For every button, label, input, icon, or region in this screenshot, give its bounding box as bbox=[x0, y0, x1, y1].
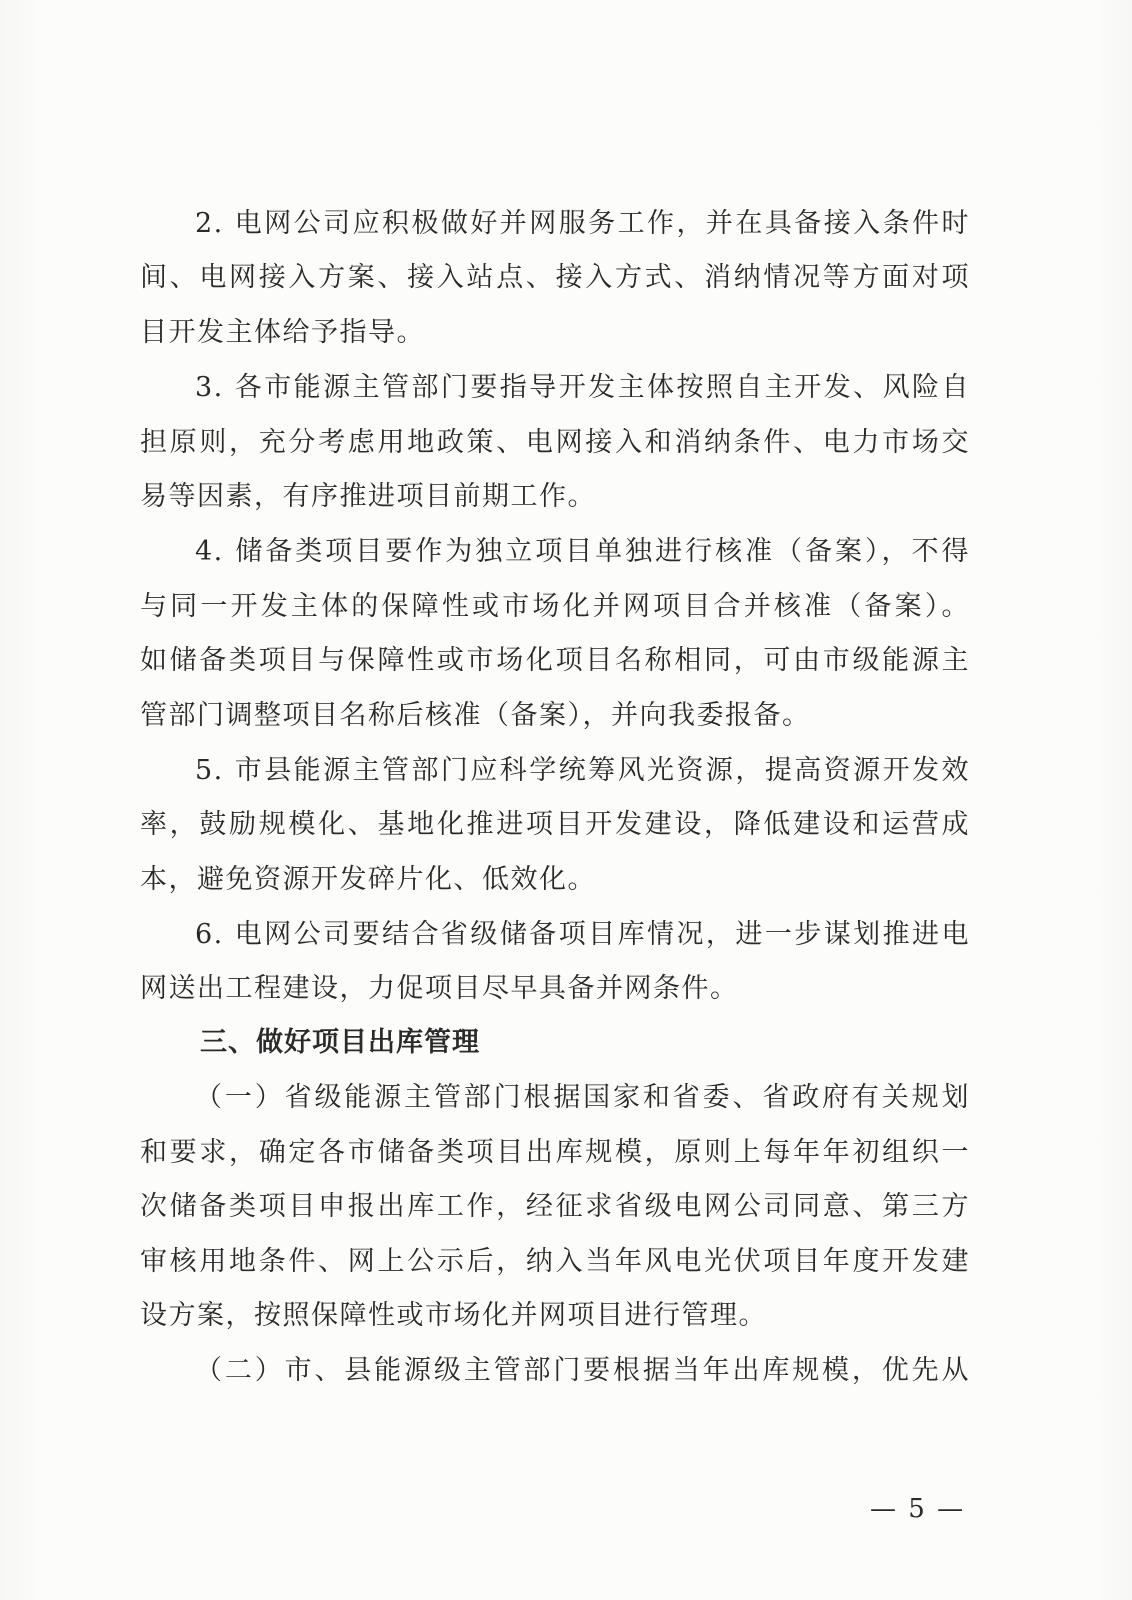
paragraph-item-2-line-2: 间、电网接入方案、接入站点、接入方式、消纳情况等方面对项 bbox=[140, 260, 970, 296]
paragraph-sub-2-line-1: （二）市、县能源级主管部门要根据当年出库规模，优先从 bbox=[195, 1353, 970, 1389]
paragraph-item-6-line-2: 网送出工程建设，力促项目尽早具备并网条件。 bbox=[140, 971, 970, 1007]
paragraph-item-4-line-3: 如储备类项目与保障性或市场化项目名称相同，可由市级能源主 bbox=[140, 643, 970, 679]
paragraph-item-4-line-2: 与同一开发主体的保障性或市场化并网项目合并核准（备案）。 bbox=[140, 589, 970, 625]
paragraph-sub-1-line-3: 次储备类项目申报出库工作，经征求省级电网公司同意、第三方 bbox=[140, 1189, 970, 1225]
paragraph-item-5-line-1: 5. 市县能源主管部门应科学统筹风光资源，提高资源开发效 bbox=[195, 753, 970, 789]
paragraph-item-4-line-1: 4. 储备类项目要作为独立项目单独进行核准（备案），不得 bbox=[195, 534, 970, 570]
document-page: 2. 电网公司应积极做好并网服务工作，并在具备接入条件时 间、电网接入方案、接入… bbox=[0, 0, 1132, 1600]
paragraph-item-2-line-1: 2. 电网公司应积极做好并网服务工作，并在具备接入条件时 bbox=[195, 206, 970, 242]
page-number: — 5 — bbox=[870, 1493, 965, 1525]
paragraph-item-3-line-1: 3. 各市能源主管部门要指导开发主体按照自主开发、风险自 bbox=[195, 370, 970, 406]
paragraph-item-4-line-4: 管部门调整项目名称后核准（备案），并向我委报备。 bbox=[140, 698, 970, 734]
paragraph-sub-1-line-4: 审核用地条件、网上公示后，纳入当年风电光伏项目年度开发建 bbox=[140, 1244, 970, 1280]
paragraph-item-3-line-2: 担原则，充分考虑用地政策、电网接入和消纳条件、电力市场交 bbox=[140, 425, 970, 461]
section-heading: 三、做好项目出库管理 bbox=[200, 1025, 480, 1061]
paragraph-item-6-line-1: 6. 电网公司要结合省级储备项目库情况，进一步谋划推进电 bbox=[195, 917, 970, 953]
paragraph-item-5-line-2: 率，鼓励规模化、基地化推进项目开发建设，降低建设和运营成 bbox=[140, 807, 970, 843]
paragraph-item-2-line-3: 目开发主体给予指导。 bbox=[140, 315, 970, 351]
paragraph-sub-1-line-1: （一）省级能源主管部门根据国家和省委、省政府有关规划 bbox=[195, 1080, 970, 1116]
paragraph-sub-1-line-2: 和要求，确定各市储备类项目出库规模，原则上每年年初组织一 bbox=[140, 1135, 970, 1171]
paragraph-item-3-line-3: 易等因素，有序推进项目前期工作。 bbox=[140, 479, 970, 515]
paragraph-sub-1-line-5: 设方案，按照保障性或市场化并网项目进行管理。 bbox=[140, 1298, 970, 1334]
paragraph-item-5-line-3: 本，避免资源开发碎片化、低效化。 bbox=[140, 862, 970, 898]
